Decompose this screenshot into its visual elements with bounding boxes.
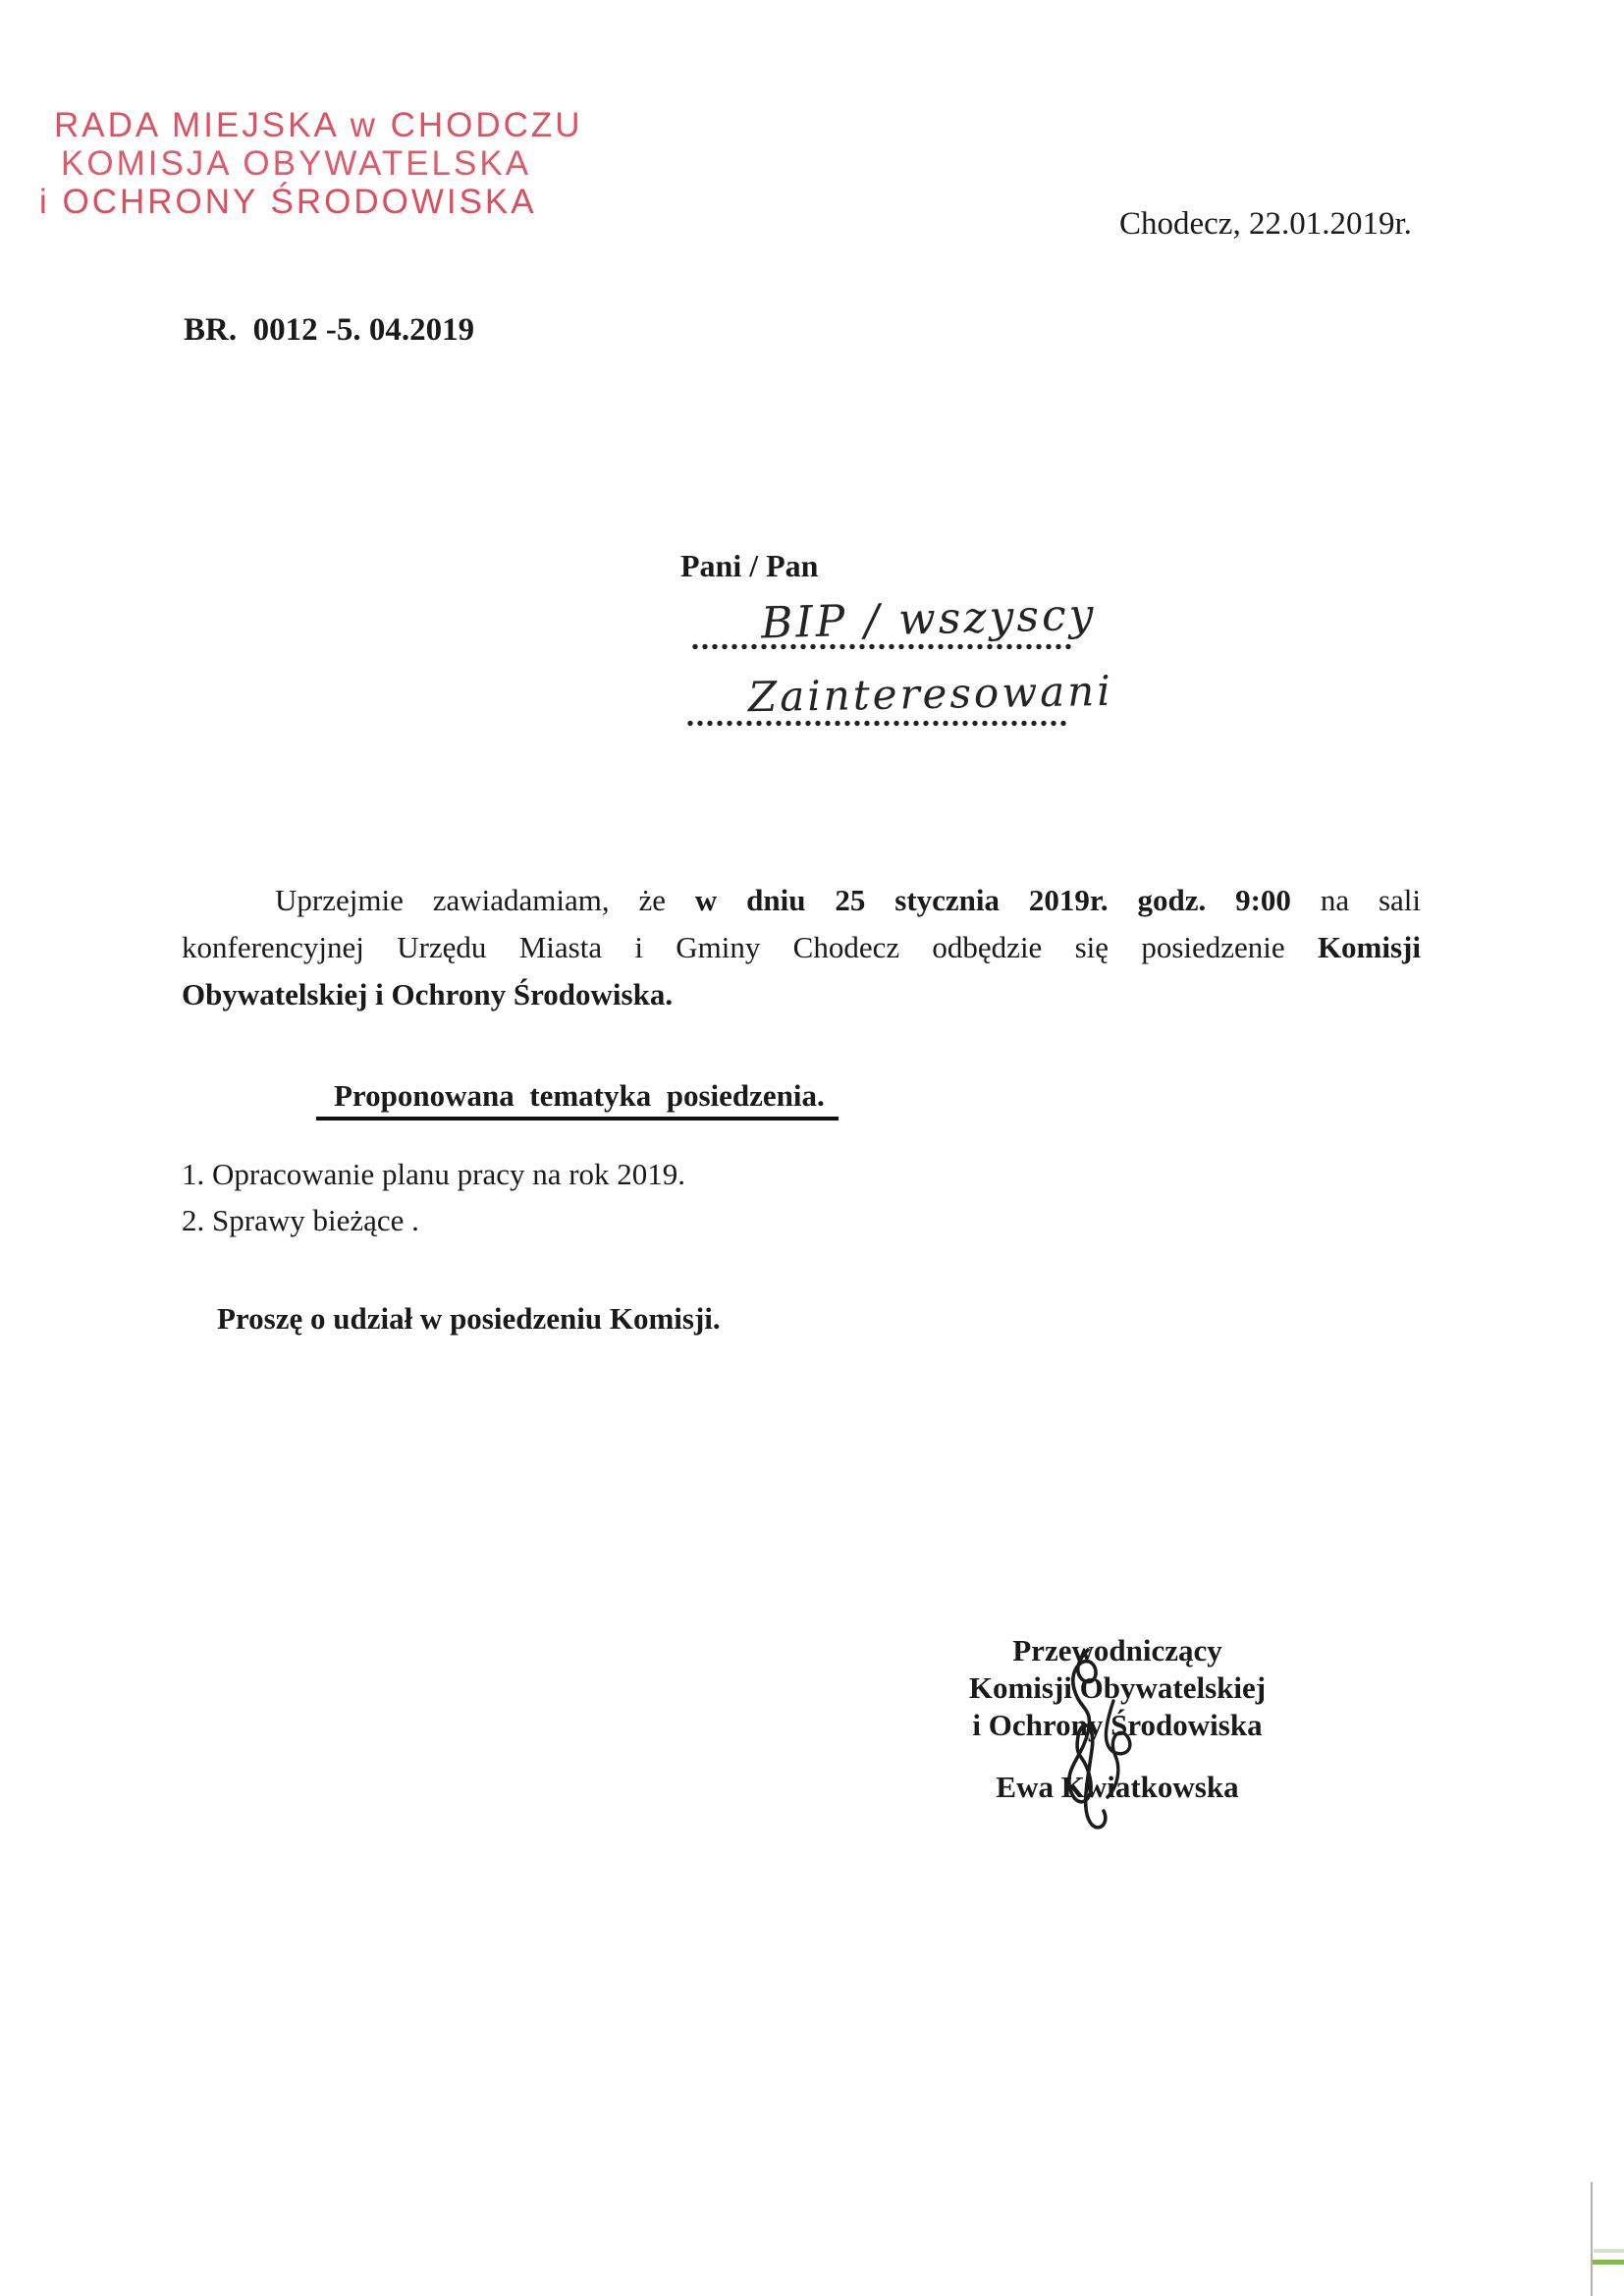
body-paragraph: Uprzejmie zawiadamiam, że w dniu 25 styc…	[182, 877, 1421, 1018]
recipient-label: Pani / Pan	[680, 548, 818, 584]
body-line-2-text: konferencyjnej Urzędu Miasta i Gminy Cho…	[182, 930, 1318, 964]
stamp-line-2: KOMISJA OBYWATELSKA	[39, 144, 583, 183]
dotted-fill-line-1	[690, 643, 1071, 650]
dotted-fill-line-2	[685, 720, 1068, 727]
agenda-list: 1. Opracowanie planu pracy na rok 2019. …	[182, 1151, 685, 1243]
reference-number: BR. 0012 -5. 04.2019	[184, 312, 474, 349]
scan-green-mark	[1593, 2260, 1624, 2265]
scan-edge-artifact	[1591, 2182, 1593, 2296]
body-line-1-tail: na sali	[1321, 883, 1421, 917]
scan-gray-mark	[1594, 2249, 1624, 2253]
closing-line: Proszę o udział w posiedzeniu Komisji.	[217, 1301, 721, 1337]
body-line-2: konferencyjnej Urzędu Miasta i Gminy Cho…	[182, 924, 1421, 971]
stamp-line-1: RADA MIEJSKA w CHODCZU	[39, 106, 583, 144]
agenda-item-2: 2. Sprawy bieżące .	[182, 1197, 685, 1243]
handwritten-recipient-line-1: BIP / wszyscy	[760, 590, 1097, 649]
agenda-item-1: 1. Opracowanie planu pracy na rok 2019.	[182, 1151, 685, 1197]
handwritten-signature	[1031, 1642, 1159, 1848]
body-line-2-bold: Komisji	[1318, 930, 1421, 964]
place-date: Chodecz, 22.01.2019r.	[1119, 206, 1412, 243]
body-line-1-bold: w dniu 25 stycznia 2019r. godz. 9:00	[695, 883, 1321, 917]
scanned-letter-page: RADA MIEJSKA w CHODCZU KOMISJA OBYWATELS…	[0, 0, 1624, 2296]
agenda-heading: Proponowana tematyka posiedzenia.	[316, 1078, 839, 1121]
committee-stamp: RADA MIEJSKA w CHODCZU KOMISJA OBYWATELS…	[39, 106, 583, 221]
body-line-3: Obywatelskiej i Ochrony Środowiska.	[182, 971, 1421, 1018]
handwritten-recipient-line-2: Zainteresowani	[748, 667, 1113, 721]
body-line-1-text: Uprzejmie zawiadamiam, że	[275, 883, 695, 917]
body-line-1: Uprzejmie zawiadamiam, że w dniu 25 styc…	[182, 877, 1421, 924]
body-line-3-bold: Obywatelskiej i Ochrony Środowiska.	[182, 977, 673, 1011]
stamp-line-3: i OCHRONY ŚRODOWISKA	[39, 183, 583, 221]
